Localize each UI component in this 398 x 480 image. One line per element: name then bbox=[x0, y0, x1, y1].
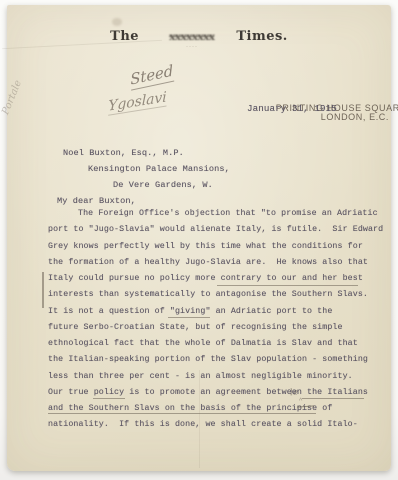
body-line: ethnological fact that the whole of Dalm… bbox=[48, 336, 384, 352]
recipient-address-2: De Vere Gardens, W. bbox=[113, 180, 213, 190]
pencil-underline bbox=[217, 285, 358, 286]
paper-stain bbox=[112, 18, 122, 26]
pencil-margin-line bbox=[42, 272, 44, 308]
masthead-subscript: ···· bbox=[186, 44, 198, 50]
body-line: nationality. If this is done, we shall c… bbox=[48, 417, 384, 433]
body-line: future Serbo-Croatian State, but of reco… bbox=[48, 320, 384, 336]
salutation: My dear Buxton, bbox=[57, 196, 136, 206]
body-line: It is not a question of "giving" an Adri… bbox=[48, 304, 384, 320]
pencil-underline bbox=[93, 398, 125, 399]
masthead-word-times: Times. bbox=[236, 29, 287, 44]
pencil-underline bbox=[168, 317, 210, 318]
body-line: the formation of a healthy Jugo-Slavia a… bbox=[48, 255, 384, 271]
body-line: port to "Jugo-Slavia" would alienate Ita… bbox=[48, 222, 384, 238]
date-line: January 31, 1915 bbox=[247, 103, 337, 114]
body-line: interests than systematically to antagon… bbox=[48, 287, 384, 303]
body-line: The Foreign Office's objection that "to … bbox=[48, 206, 384, 222]
recipient-address-1: Kensington Palace Mansions, bbox=[88, 164, 230, 174]
masthead-struck-word: xxxxxxxx bbox=[169, 31, 214, 43]
body-line: Grey knows perfectly well by this time w… bbox=[48, 239, 384, 255]
letter-body: The Foreign Office's objection that "to … bbox=[48, 206, 384, 434]
pencil-underline bbox=[48, 413, 316, 414]
body-line: and the Southern Slavs on the basis of t… bbox=[48, 401, 384, 417]
body-line: the Italian-speaking portion of the Slav… bbox=[48, 352, 384, 368]
recipient-name: Noel Buxton, Esq., M.P. bbox=[63, 148, 184, 158]
letterhead-address-line-2: LONDON, E.C. bbox=[303, 89, 389, 143]
body-line: less than three per cent - is an almost … bbox=[48, 369, 384, 385]
masthead: The xxxxxxxx Times. bbox=[0, 29, 398, 44]
pencil-underline bbox=[302, 398, 364, 399]
masthead-word-the: The bbox=[110, 29, 139, 44]
scanned-letter-page: The xxxxxxxx Times. ···· PRINTING HOUSE … bbox=[0, 0, 398, 480]
